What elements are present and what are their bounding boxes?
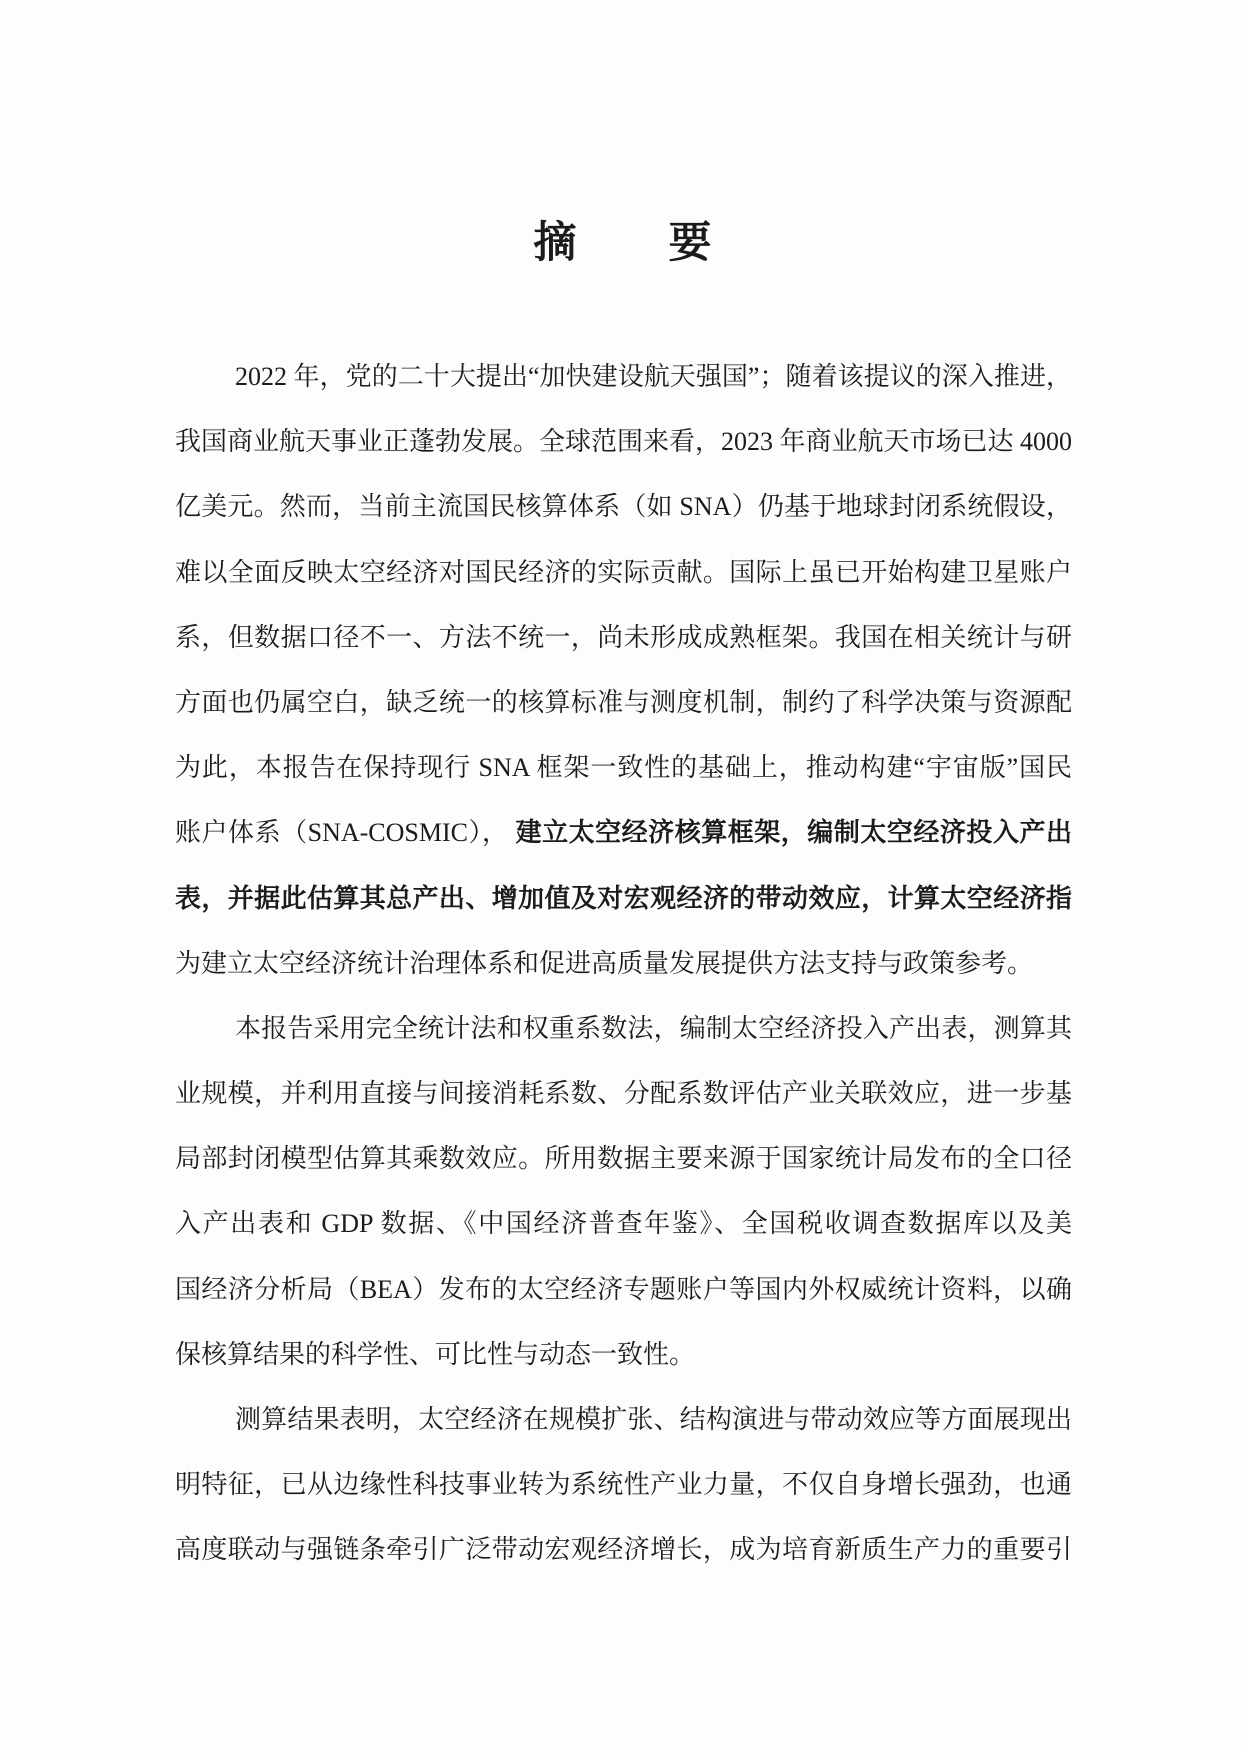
text-line: 入产出表和 GDP 数据、《中国经济普查年鉴》、全国税收调查数据库以及美 xyxy=(175,1191,1072,1256)
text-segment: 系，但数据口径不一、方法不统一，尚未形成成熟框架。我国在相关统计与研究 xyxy=(175,623,1072,670)
text-line: 表，并据此估算其总产出、增加值及对宏观经济的带动效应，计算太空经济指数， xyxy=(175,866,1072,931)
paragraph: 本报告采用完全统计法和权重系数法，编制太空经济投入产出表，测算其产业规模，并利用… xyxy=(175,996,1072,1387)
text-line: 国经济分析局（BEA）发布的太空经济专题账户等国内外权威统计资料，以确 xyxy=(175,1257,1072,1322)
text-line: 账户体系（SNA-COSMIC）， 建立太空经济核算框架，编制太空经济投入产出 xyxy=(175,800,1072,865)
page-title: 摘 要 xyxy=(175,218,1072,270)
text-line: 保核算结果的科学性、可比性与动态一致性。 xyxy=(175,1322,1072,1387)
text-segment: 方面也仍属空白，缺乏统一的核算标准与测度机制，制约了科学决策与资源配置。 xyxy=(175,688,1072,735)
text-segment: 我国商业航天事业正蓬勃发展。全球范围来看，2023 年商业航天市场已达 4000 xyxy=(175,427,1072,456)
text-line: 业规模，并利用直接与间接消耗系数、分配系数评估产业关联效应，进一步基于 xyxy=(175,1061,1072,1126)
text-segment: 为建立太空经济统计治理体系和促进高质量发展提供方法支持与政策参考。 xyxy=(175,949,1033,978)
text-segment: 入产出表和 GDP 数据、《中国经济普查年鉴》、全国税收调查数据库以及美 xyxy=(175,1209,1072,1238)
text-segment: 为此，本报告在保持现行 SNA 框架一致性的基础上，推动构建“宇宙版”国民 xyxy=(175,753,1072,782)
bold-text-segment: 建立太空经济核算框架，编制太空经济投入产出 xyxy=(516,818,1072,847)
document-page: 摘 要 2022 年，党的二十大提出“加快建设航天强国”；随着该提议的深入推进，… xyxy=(0,0,1241,1754)
text-line: 高度联动与强链条牵引广泛带动宏观经济增长，成为培育新质生产力的重要引擎， xyxy=(175,1517,1072,1582)
text-segment: 亿美元。然而，当前主流国民核算体系（如 SNA）仍基于地球封闭系统假设， xyxy=(175,492,1072,521)
text-line: 局部封闭模型估算其乘数效应。所用数据主要来源于国家统计局发布的全口径投 xyxy=(175,1126,1072,1191)
paragraph: 2022 年，党的二十大提出“加快建设航天强国”；随着该提议的深入推进，我国商业… xyxy=(175,344,1072,996)
text-line: 明特征，已从边缘性科技事业转为系统性产业力量，不仅自身增长强劲，也通过 xyxy=(175,1452,1072,1517)
text-line: 为建立太空经济统计治理体系和促进高质量发展提供方法支持与政策参考。 xyxy=(175,931,1072,996)
text-segment: 2022 年，党的二十大提出“加快建设航天强国”；随着该提议的深入推进， xyxy=(235,362,1072,391)
text-segment: 账户体系（SNA-COSMIC）， xyxy=(175,818,516,847)
text-line: 系，但数据口径不一、方法不统一，尚未形成成熟框架。我国在相关统计与研究 xyxy=(175,605,1072,670)
document-body: 2022 年，党的二十大提出“加快建设航天强国”；随着该提议的深入推进，我国商业… xyxy=(175,344,1072,1583)
text-line: 本报告采用完全统计法和权重系数法，编制太空经济投入产出表，测算其产 xyxy=(175,996,1072,1061)
bold-text-segment: 表，并据此估算其总产出、增加值及对宏观经济的带动效应，计算太空经济指数， xyxy=(175,884,1072,931)
text-line: 我国商业航天事业正蓬勃发展。全球范围来看，2023 年商业航天市场已达 4000 xyxy=(175,409,1072,474)
text-segment: 测算结果表明，太空经济在规模扩张、结构演进与带动效应等方面展现出鲜 xyxy=(175,1405,1072,1452)
text-line: 难以全面反映太空经济对国民经济的实际贡献。国际上虽已开始构建卫星账户体 xyxy=(175,540,1072,605)
text-segment: 业规模，并利用直接与间接消耗系数、分配系数评估产业关联效应，进一步基于 xyxy=(175,1079,1072,1126)
text-segment: 国经济分析局（BEA）发布的太空经济专题账户等国内外权威统计资料，以确 xyxy=(175,1275,1072,1304)
text-segment: 局部封闭模型估算其乘数效应。所用数据主要来源于国家统计局发布的全口径投 xyxy=(175,1144,1072,1191)
text-segment: 保核算结果的科学性、可比性与动态一致性。 xyxy=(175,1340,695,1369)
text-segment: 明特征，已从边缘性科技事业转为系统性产业力量，不仅自身增长强劲，也通过 xyxy=(175,1470,1072,1517)
paragraph: 测算结果表明，太空经济在规模扩张、结构演进与带动效应等方面展现出鲜明特征，已从边… xyxy=(175,1387,1072,1583)
text-line: 方面也仍属空白，缺乏统一的核算标准与测度机制，制约了科学决策与资源配置。 xyxy=(175,670,1072,735)
text-segment: 本报告采用完全统计法和权重系数法，编制太空经济投入产出表，测算其产 xyxy=(175,1014,1072,1061)
text-line: 为此，本报告在保持现行 SNA 框架一致性的基础上，推动构建“宇宙版”国民 xyxy=(175,735,1072,800)
text-line: 2022 年，党的二十大提出“加快建设航天强国”；随着该提议的深入推进， xyxy=(175,344,1072,409)
text-line: 测算结果表明，太空经济在规模扩张、结构演进与带动效应等方面展现出鲜 xyxy=(175,1387,1072,1452)
text-segment: 难以全面反映太空经济对国民经济的实际贡献。国际上虽已开始构建卫星账户体 xyxy=(175,558,1072,605)
text-segment: 高度联动与强链条牵引广泛带动宏观经济增长，成为培育新质生产力的重要引擎， xyxy=(175,1535,1072,1582)
text-line: 亿美元。然而，当前主流国民核算体系（如 SNA）仍基于地球封闭系统假设， xyxy=(175,474,1072,539)
